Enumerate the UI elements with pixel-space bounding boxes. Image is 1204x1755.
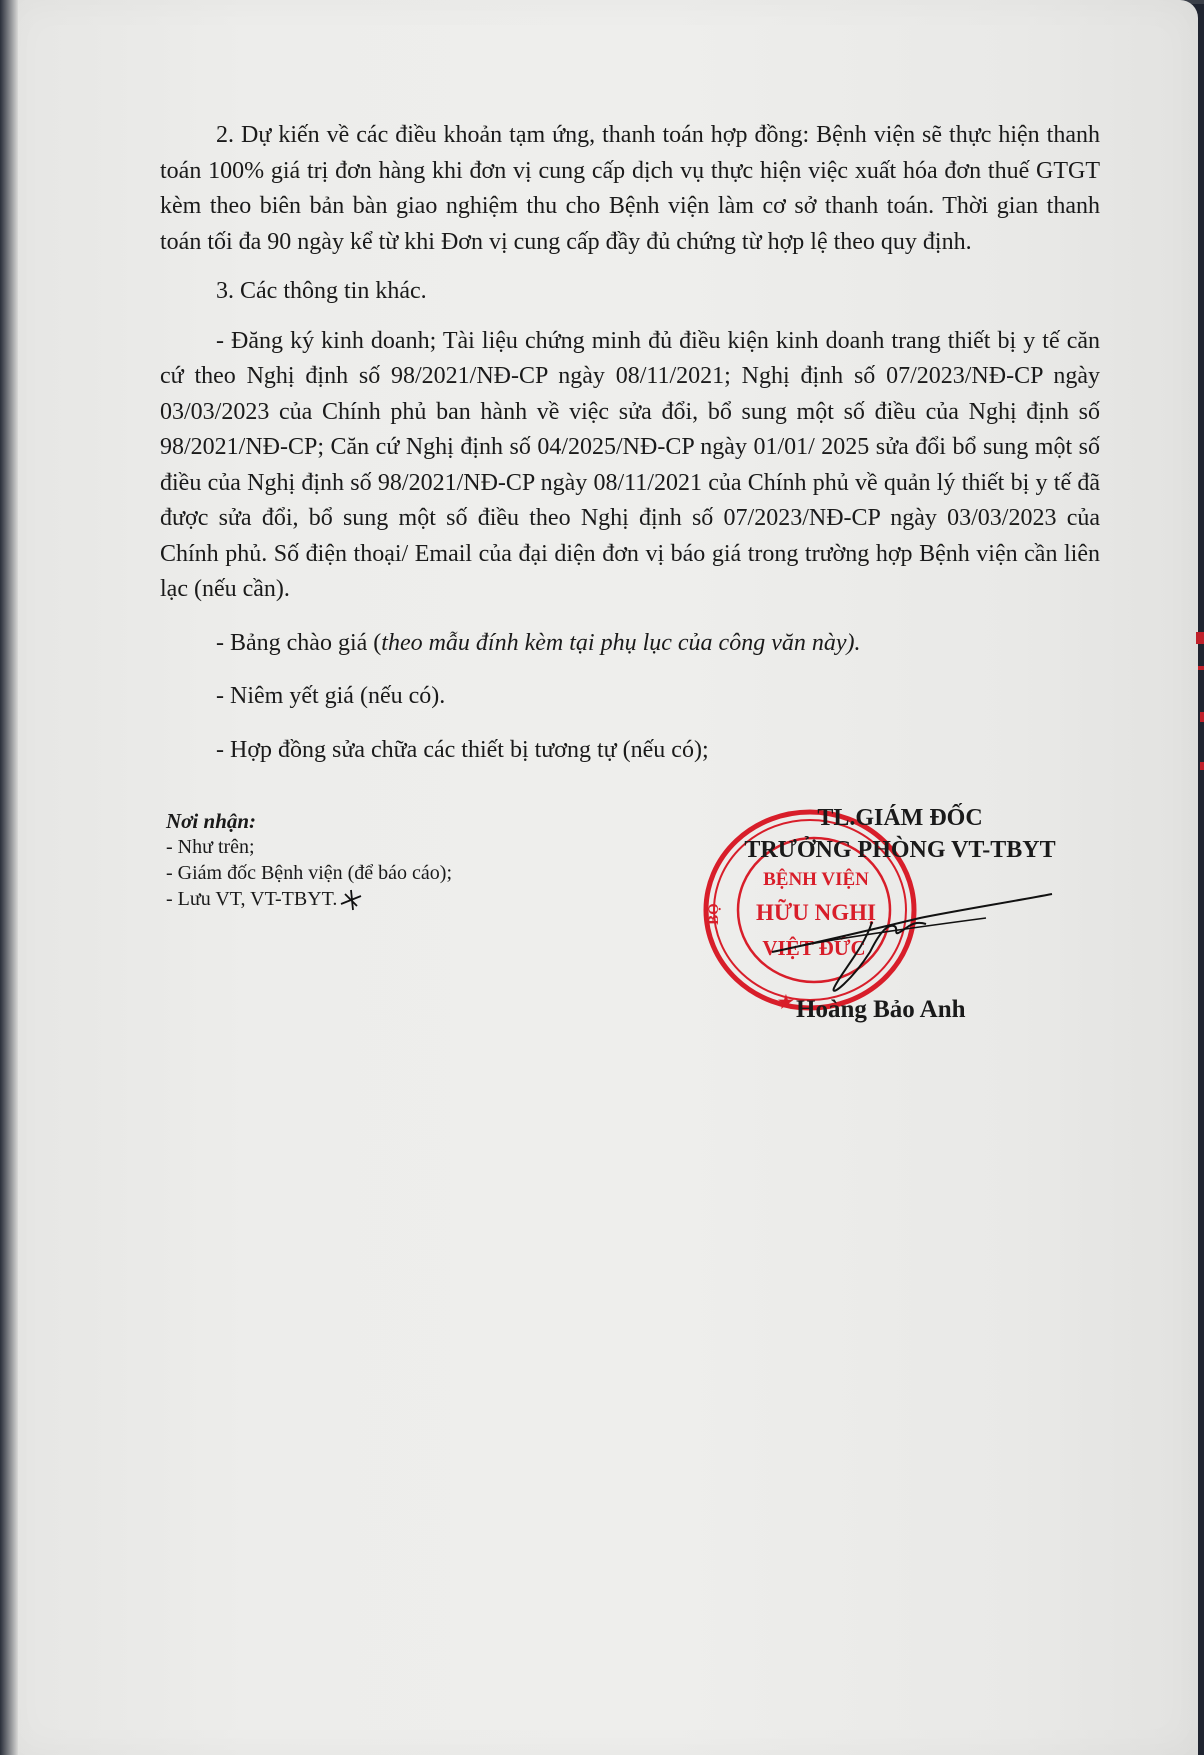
price-quote-label: - Bảng chào giá ( (216, 630, 381, 656)
section-3-item-listed-price: - Niêm yết giá (nếu có). (160, 679, 1100, 715)
signature-title-block: TL.GIÁM ĐỐC TRƯỞNG PHÒNG VT-TBYT (700, 802, 1100, 866)
seal-side-text: BỘ (705, 903, 722, 925)
initials-mark-icon (339, 888, 365, 912)
section-3-item-similar-contracts: - Hợp đồng sửa chữa các thiết bị tương t… (160, 733, 1100, 769)
signer-authority: TL.GIÁM ĐỐC (700, 802, 1100, 834)
page-left-shadow (0, 0, 18, 1755)
seal-line-1: BỆNH VIỆN (763, 868, 869, 890)
section-3-heading: 3. Các thông tin khác. (160, 274, 1100, 310)
handwritten-signature-icon (760, 888, 1060, 998)
recipient-item: - Giám đốc Bệnh viện (để báo cáo); (166, 860, 452, 886)
section-3-item-business-registration: - Đăng ký kinh doanh; Tài liệu chứng min… (160, 324, 1100, 608)
section-3-item-price-quote: - Bảng chào giá (theo mẫu đính kèm tại p… (160, 626, 1100, 662)
recipient-item: - Như trên; (166, 834, 452, 860)
price-quote-note: theo mẫu đính kèm tại phụ lục của công v… (381, 630, 860, 656)
recipients-title: Nơi nhận: (166, 808, 452, 834)
seal-bleed-mark-icon (1192, 632, 1204, 832)
recipient-item: - Lưu VT, VT-TBYT. (166, 886, 452, 912)
signer-name: Hoàng Bảo Anh (796, 996, 966, 1024)
recipients-block: Nơi nhận: - Như trên; - Giám đốc Bệnh vi… (166, 808, 452, 912)
signer-position: TRƯỞNG PHÒNG VT-TBYT (700, 834, 1100, 866)
section-2-paragraph: 2. Dự kiến về các điều khoản tạm ứng, th… (160, 118, 1100, 260)
document-body: 2. Dự kiến về các điều khoản tạm ứng, th… (160, 118, 1100, 768)
